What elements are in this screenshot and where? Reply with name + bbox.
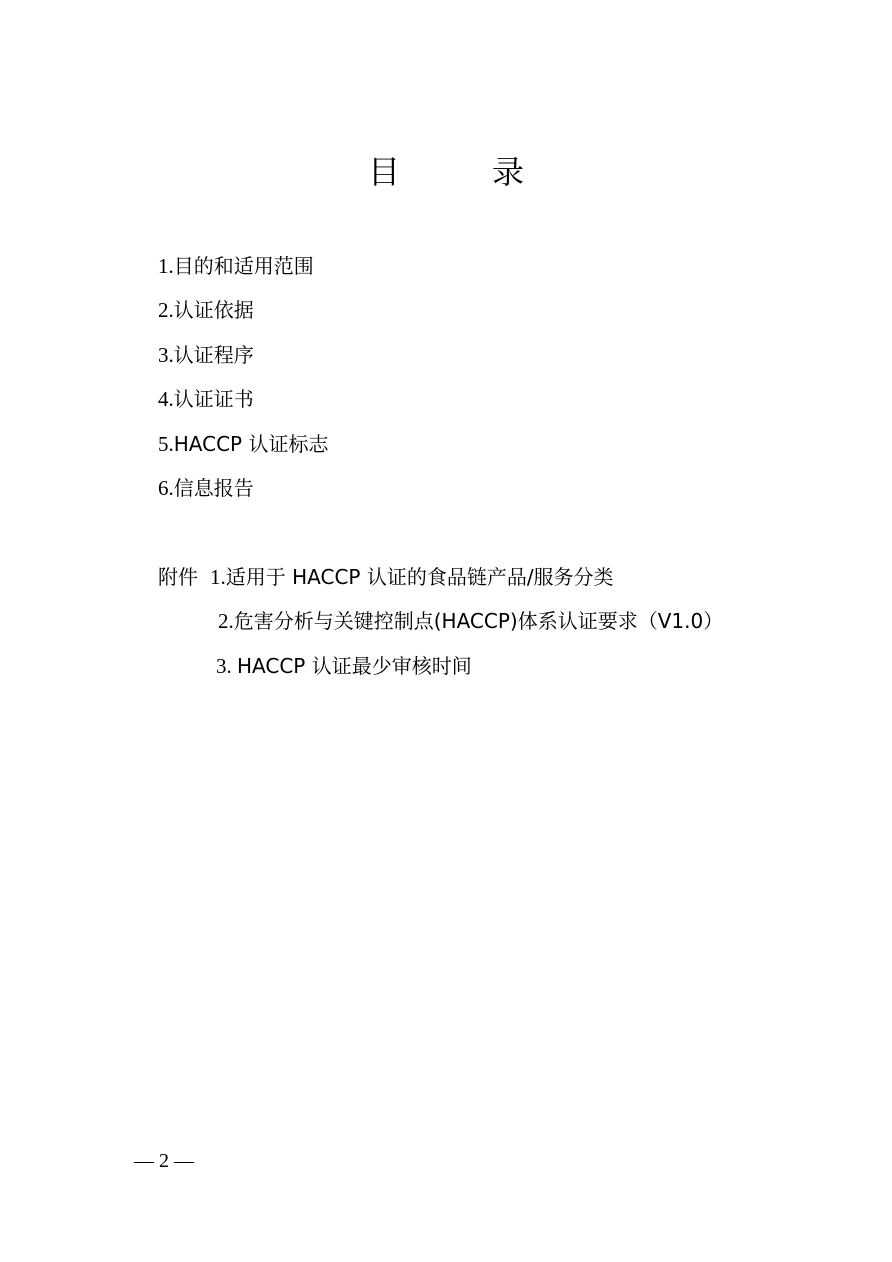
toc-item-text: 认证依据 — [174, 298, 254, 322]
toc-item-text: 信息报告 — [174, 476, 254, 500]
toc-item: 5.HACCP 认证标志 — [158, 429, 328, 459]
annex-item: 2.危害分析与关键控制点(HACCP)体系认证要求（V1.0） — [218, 606, 723, 636]
page-number: — 2 — — [134, 1148, 194, 1174]
toc-item-number: 5. — [158, 432, 174, 456]
toc-item-text: HACCP 认证标志 — [174, 432, 329, 456]
page-title: 目 录 — [0, 150, 892, 194]
toc-item-text: 认证程序 — [174, 343, 254, 367]
annex-item-number: 2. — [218, 609, 234, 633]
annex-item-text: 危害分析与关键控制点(HACCP)体系认证要求（V1.0） — [234, 609, 723, 633]
toc-item: 6.信息报告 — [158, 473, 254, 503]
annex-item: 附件1.适用于 HACCP 认证的食品链产品/服务分类 — [158, 562, 614, 592]
toc-item-number: 4. — [158, 387, 174, 411]
annex-item-text: HACCP 认证最少审核时间 — [237, 654, 472, 678]
toc-item-number: 3. — [158, 343, 174, 367]
toc-item-number: 6. — [158, 476, 174, 500]
annex-item-text: 适用于 HACCP 认证的食品链产品/服务分类 — [226, 565, 614, 589]
toc-item: 1.目的和适用范围 — [158, 251, 314, 281]
toc-item: 3.认证程序 — [158, 340, 254, 370]
annex-item: 3. HACCP 认证最少审核时间 — [216, 651, 472, 681]
toc-item: 4.认证证书 — [158, 384, 254, 414]
toc-item: 2.认证依据 — [158, 295, 254, 325]
toc-item-number: 2. — [158, 298, 174, 322]
annex-label: 附件 — [158, 565, 198, 589]
toc-item-text: 认证证书 — [174, 387, 254, 411]
annex-item-number: 3. — [216, 654, 237, 678]
toc-item-text: 目的和适用范围 — [174, 254, 314, 278]
toc-item-number: 1. — [158, 254, 174, 278]
annex-item-number: 1. — [210, 565, 226, 589]
